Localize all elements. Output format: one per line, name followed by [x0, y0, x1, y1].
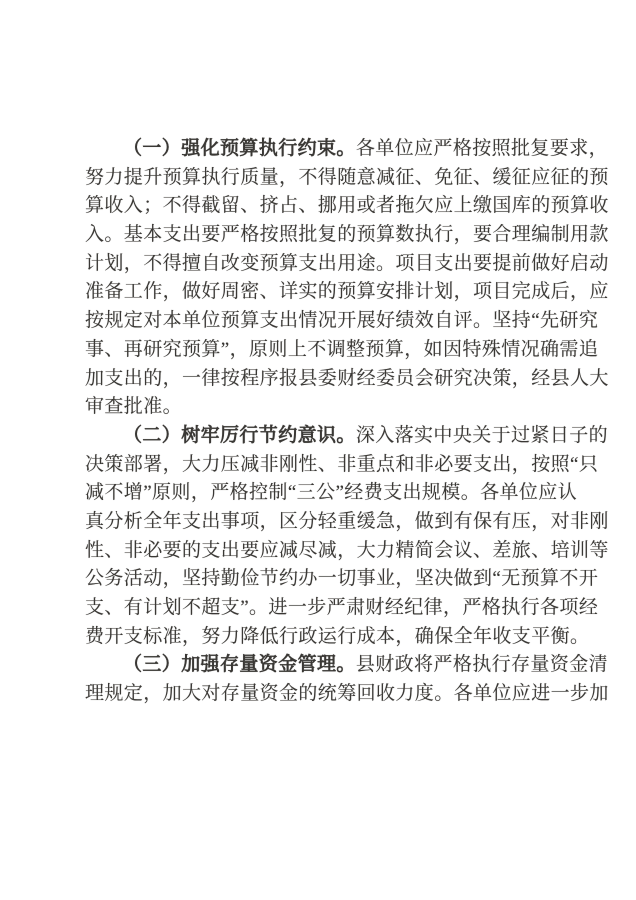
text-line: 事、再研究预算”，原则上不调整预算，如因特殊情况确需追 — [85, 336, 557, 365]
text-line: （三）加强存量资金管理。县财政将严格执行存量资金清 — [85, 651, 557, 680]
text-run: 理规定，加大对存量资金的统筹回收力度。各单位应进一步加 — [85, 683, 609, 704]
text-line: 努力提升预算执行质量，不得随意减征、免征、缓征应征的预 — [85, 164, 557, 193]
document-text-block: （一）强化预算执行约束。各单位应严格按照批复要求， 努力提升预算执行质量，不得随… — [85, 135, 557, 709]
text-run: 费开支标准，努力降低行政运行成本，确保全年收支平衡。 — [85, 626, 589, 647]
text-run: 减不增”原则，严格控制“三公”经费支出规模。各单位应认 — [85, 482, 577, 503]
text-run: 公务活动，坚持勤俭节约办一切事业，坚决做到“无预算不开 — [85, 568, 598, 589]
text-run: 计划，不得擅自改变预算支出用途。项目支出要提前做好启动 — [85, 253, 609, 274]
section-heading: （三）加强存量资金管理。 — [123, 654, 356, 675]
text-line: （一）强化预算执行约束。各单位应严格按照批复要求， — [85, 135, 557, 164]
text-line: （二）树牢厉行节约意识。深入落实中央关于过紧日子的 — [85, 422, 557, 451]
text-run: 决策部署，大力压减非刚性、非重点和非必要支出，按照“只 — [85, 454, 598, 475]
text-run: 事、再研究预算”，原则上不调整预算，如因特殊情况确需追 — [85, 339, 598, 360]
text-run: 县财政将严格执行存量资金清 — [356, 654, 608, 675]
text-line: 理规定，加大对存量资金的统筹回收力度。各单位应进一步加 — [85, 680, 557, 709]
document-page: （一）强化预算执行约束。各单位应严格按照批复要求， 努力提升预算执行质量，不得随… — [0, 0, 636, 900]
text-line: 加支出的，一律按程序报县委财经委员会研究决策，经县人大 — [85, 365, 557, 394]
text-line: 算收入；不得截留、挤占、挪用或者拖欠应上缴国库的预算收 — [85, 192, 557, 221]
text-run: 深入落实中央关于过紧日子的 — [356, 425, 608, 446]
text-run: 加支出的，一律按程序报县委财经委员会研究决策，经县人大 — [85, 368, 609, 389]
text-line: 入。基本支出要严格按照批复的预算数执行，要合理编制用款 — [85, 221, 557, 250]
text-line: 费开支标准，努力降低行政运行成本，确保全年收支平衡。 — [85, 623, 557, 652]
text-run: 努力提升预算执行质量，不得随意减征、免征、缓征应征的预 — [85, 167, 609, 188]
text-line: 计划，不得擅自改变预算支出用途。项目支出要提前做好启动 — [85, 250, 557, 279]
section-heading: （一）强化预算执行约束。 — [123, 138, 356, 159]
text-run: 准备工作，做好周密、详实的预算安排计划，项目完成后，应 — [85, 281, 609, 302]
text-line: 准备工作，做好周密、详实的预算安排计划，项目完成后，应 — [85, 278, 557, 307]
text-line: 真分析全年支出事项，区分轻重缓急，做到有保有压，对非刚 — [85, 508, 557, 537]
text-run: 按规定对本单位预算支出情况开展好绩效自评。坚持“先研究 — [85, 310, 598, 331]
text-line: 支、有计划不超支”。进一步严肃财经纪律，严格执行各项经 — [85, 594, 557, 623]
text-run: 性、非必要的支出要应减尽减，大力精简会议、差旅、培训等 — [85, 540, 609, 561]
text-run: 审查批准。 — [85, 396, 182, 417]
text-run: 真分析全年支出事项，区分轻重缓急，做到有保有压，对非刚 — [85, 511, 609, 532]
text-run: 算收入；不得截留、挤占、挪用或者拖欠应上缴国库的预算收 — [85, 195, 609, 216]
text-line: 公务活动，坚持勤俭节约办一切事业，坚决做到“无预算不开 — [85, 565, 557, 594]
text-line: 按规定对本单位预算支出情况开展好绩效自评。坚持“先研究 — [85, 307, 557, 336]
text-run: 各单位应严格按照批复要求， — [356, 138, 608, 159]
text-run: 入。基本支出要严格按照批复的预算数执行，要合理编制用款 — [85, 224, 609, 245]
text-run: 支、有计划不超支”。进一步严肃财经纪律，严格执行各项经 — [85, 597, 598, 618]
text-line: 性、非必要的支出要应减尽减，大力精简会议、差旅、培训等 — [85, 537, 557, 566]
text-line: 决策部署，大力压减非刚性、非重点和非必要支出，按照“只 — [85, 451, 557, 480]
section-heading: （二）树牢厉行节约意识。 — [123, 425, 356, 446]
text-line: 减不增”原则，严格控制“三公”经费支出规模。各单位应认 — [85, 479, 557, 508]
text-line: 审查批准。 — [85, 393, 557, 422]
